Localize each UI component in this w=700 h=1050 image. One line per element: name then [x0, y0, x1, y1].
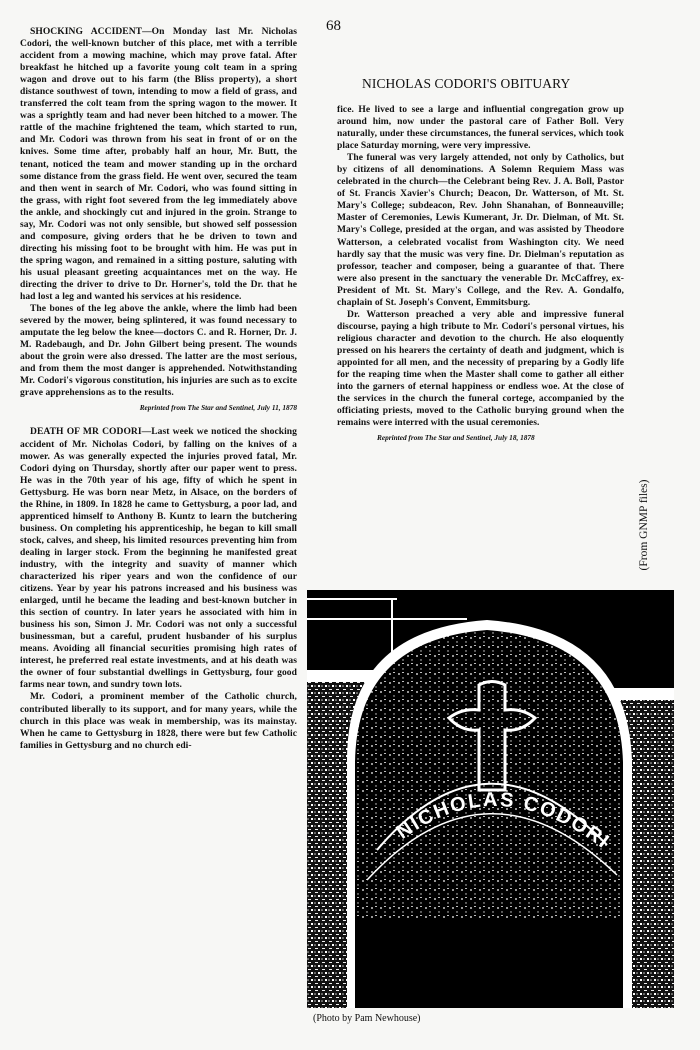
article2-paragraph-3: fice. He lived to see a large and influe…	[337, 104, 624, 152]
article2-reprint-credit: Reprinted from The Star and Sentinel, Ju…	[337, 433, 624, 442]
article2-paragraph-5: Dr. Watterson preached a very able and i…	[337, 309, 624, 429]
article1-paragraph-1: SHOCKING ACCIDENT—On Monday last Mr. Nic…	[20, 26, 297, 303]
article1-paragraph-2: The bones of the leg above the ankle, wh…	[20, 303, 297, 399]
article2-paragraph-4: The funeral was very largely attended, n…	[337, 152, 624, 309]
side-credit: (From GNMP files)	[636, 470, 652, 580]
article2-paragraph-2: Mr. Codori, a prominent member of the Ca…	[20, 691, 297, 751]
page-title: NICHOLAS CODORI'S OBITUARY	[362, 76, 570, 92]
page-number: 68	[326, 18, 341, 35]
article2-headline: DEATH OF MR CODORI	[30, 426, 142, 437]
article1-reprint-credit: Reprinted from The Star and Sentinel, Ju…	[20, 403, 297, 412]
left-column: SHOCKING ACCIDENT—On Monday last Mr. Nic…	[20, 26, 297, 752]
photo-caption: (Photo by Pam Newhouse)	[313, 1013, 421, 1024]
right-column: fice. He lived to see a large and influe…	[337, 104, 624, 456]
gravestone-image: NICHOLAS CODORI	[307, 590, 674, 1008]
gravestone-photo: NICHOLAS CODORI	[307, 590, 674, 1008]
article1-headline: SHOCKING ACCIDENT	[30, 26, 142, 37]
article2-paragraph-1: DEATH OF MR CODORI—Last week we noticed …	[20, 426, 297, 691]
